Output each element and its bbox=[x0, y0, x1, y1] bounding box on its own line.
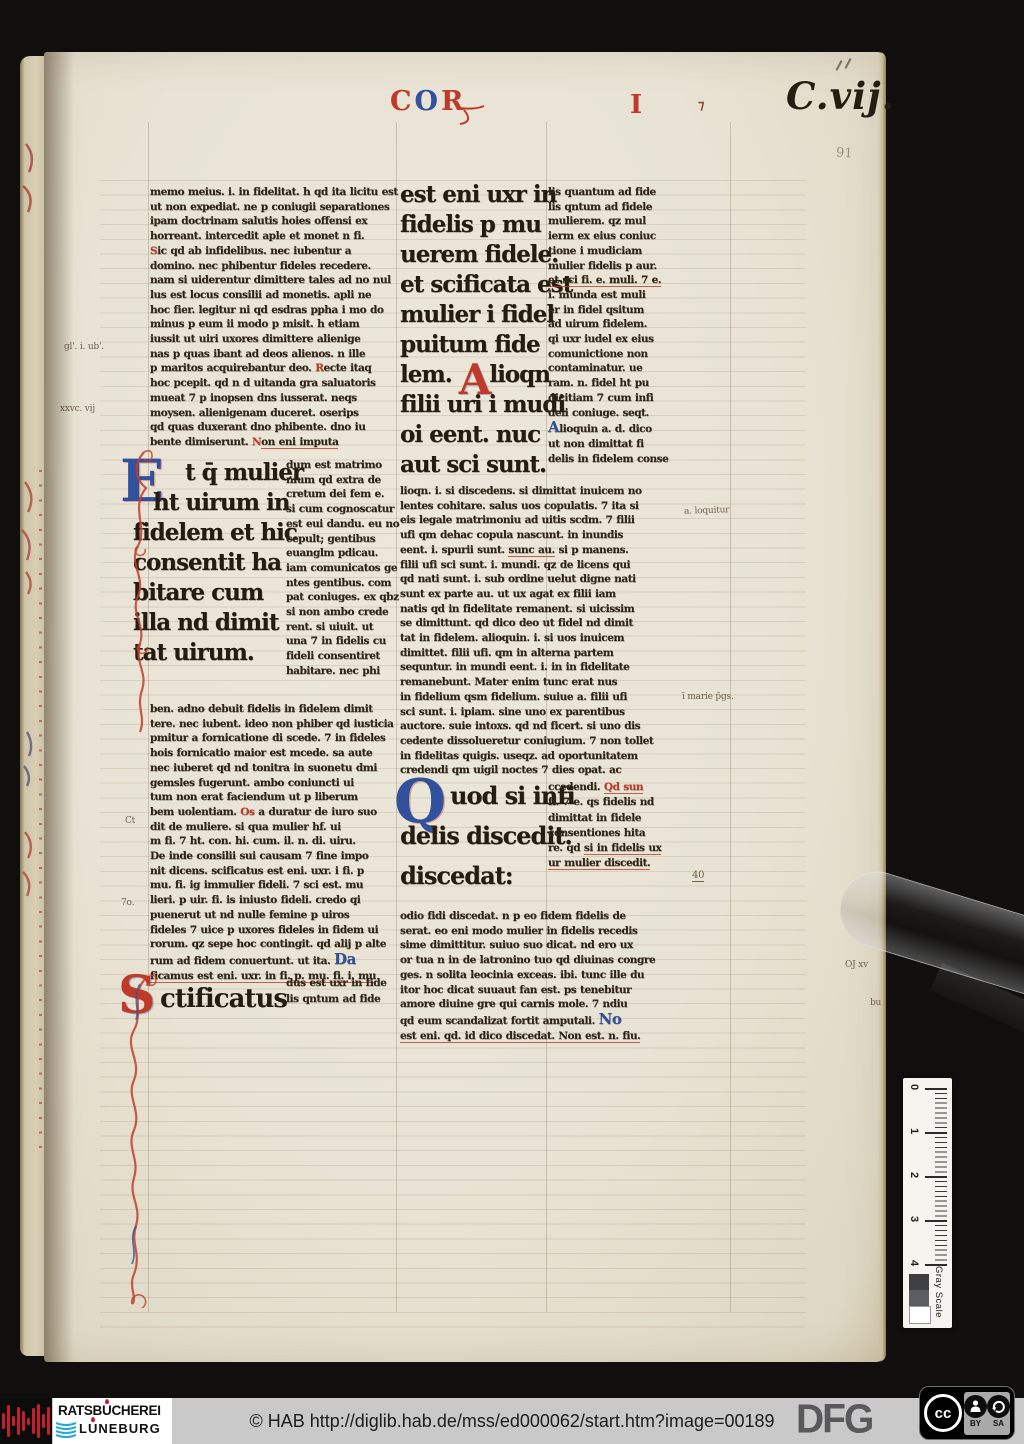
page-right-edge bbox=[878, 52, 886, 1362]
penwork-flourish-left bbox=[118, 446, 154, 738]
ruling-vertical bbox=[730, 122, 731, 1312]
pencil-stroke bbox=[845, 58, 852, 69]
margin-note-right-3: 40 bbox=[692, 870, 704, 882]
major-tick bbox=[925, 1132, 947, 1134]
gray-swatch-mid bbox=[909, 1290, 929, 1306]
major-tick bbox=[925, 1176, 947, 1178]
major-tick bbox=[925, 1220, 947, 1222]
ruler-number: 4 bbox=[908, 1260, 920, 1272]
pencil-stroke bbox=[836, 60, 843, 71]
manuscript-page: COR I ⁊ C.vij. 91 memo meius. i. in fide… bbox=[44, 52, 884, 1362]
penwork-flourish-bottom bbox=[110, 968, 158, 1308]
ruler-number: 1 bbox=[908, 1128, 920, 1140]
col-b-lemma: est eni uxr infidelis p muuerem fidele.e… bbox=[400, 180, 572, 480]
running-title: COR bbox=[390, 86, 466, 117]
explicit-side-lines: dus est uxr in fidelis qntum ad fide bbox=[286, 976, 398, 1007]
cc-by-label: BY bbox=[970, 1419, 981, 1428]
margin-note-left-3: Ct bbox=[125, 816, 135, 826]
gray-swatch-white bbox=[909, 1306, 931, 1324]
running-title-o: O bbox=[415, 86, 442, 117]
ruler-number: 3 bbox=[908, 1216, 920, 1228]
cc-logo-icon: cc bbox=[924, 1394, 962, 1432]
folio-number-pencil: 91 bbox=[835, 145, 853, 161]
col-a-gloss-full: ben. adno debuit fidelis in fidelem dimi… bbox=[150, 702, 398, 983]
cc-by-person-icon bbox=[964, 1395, 987, 1418]
running-title-number: I bbox=[630, 90, 642, 120]
margin-note-right-1: a. loquitur bbox=[684, 505, 730, 517]
dfg-logo: DFG bbox=[796, 1397, 872, 1444]
cc-sa-item: SA bbox=[987, 1395, 1010, 1428]
margin-note-left-4: 7o. bbox=[121, 898, 134, 908]
col-b-gloss-side: lis quantum ad fidelis qntum ad fidelemu… bbox=[548, 185, 728, 466]
margin-note-right-4: OJ xv bbox=[845, 960, 868, 970]
facing-page-fragments bbox=[18, 90, 58, 910]
explicit-word: ctificatus bbox=[160, 984, 287, 1014]
ruler-number: 2 bbox=[908, 1172, 920, 1184]
footer-bar: RATSBUCHEREI LUNEBURG © HAB http://digli… bbox=[0, 1398, 1024, 1444]
margin-note-right-2: ī marie p̄gs. bbox=[682, 692, 734, 702]
ruler-number: 0 bbox=[908, 1084, 920, 1096]
col-b-gloss-mid: lioqn. i. si discedens. si dimittat inui… bbox=[400, 484, 730, 778]
cc-by-item: BY bbox=[964, 1395, 987, 1428]
col-a-gloss-side: dum est matrimonium qd extra decretum de… bbox=[286, 458, 398, 679]
col-a-lemma: t q̄ mulierht uirum infidelem et hiccons… bbox=[133, 458, 303, 668]
col-b-gloss-side-2: ccedendi. Qd sunfi. 7 e. qs fidelis nddi… bbox=[548, 780, 728, 872]
major-tick bbox=[925, 1088, 947, 1090]
col-a-gloss-top: memo meius. i. in fidelitat. h qd ita li… bbox=[150, 185, 396, 450]
running-title-c: C bbox=[390, 86, 415, 117]
pricking-dots bbox=[39, 470, 42, 1160]
running-title-flourish bbox=[458, 104, 486, 126]
chapter-number: C.vij. bbox=[786, 74, 896, 118]
cc-license-badge: cc BY SA bbox=[919, 1386, 1015, 1440]
gray-swatch-dark bbox=[909, 1274, 929, 1290]
cc-sa-arrow-icon bbox=[987, 1395, 1010, 1418]
scan-viewer: COR I ⁊ C.vij. 91 memo meius. i. in fide… bbox=[0, 0, 1024, 1444]
cc-sa-label: SA bbox=[993, 1419, 1004, 1428]
cc-panel: BY SA bbox=[964, 1392, 1010, 1435]
grayscale-ruler: 0 1 2 3 4 Gray Scale bbox=[903, 1078, 952, 1328]
col-b-gloss-bottom: odio fidi discedat. n p eo fidem fidelis… bbox=[400, 909, 730, 1043]
margin-note-right-5: bu bbox=[870, 998, 881, 1008]
paragraph-mark: ⁊ bbox=[698, 98, 704, 113]
ruler-label: Gray Scale bbox=[933, 1266, 944, 1318]
